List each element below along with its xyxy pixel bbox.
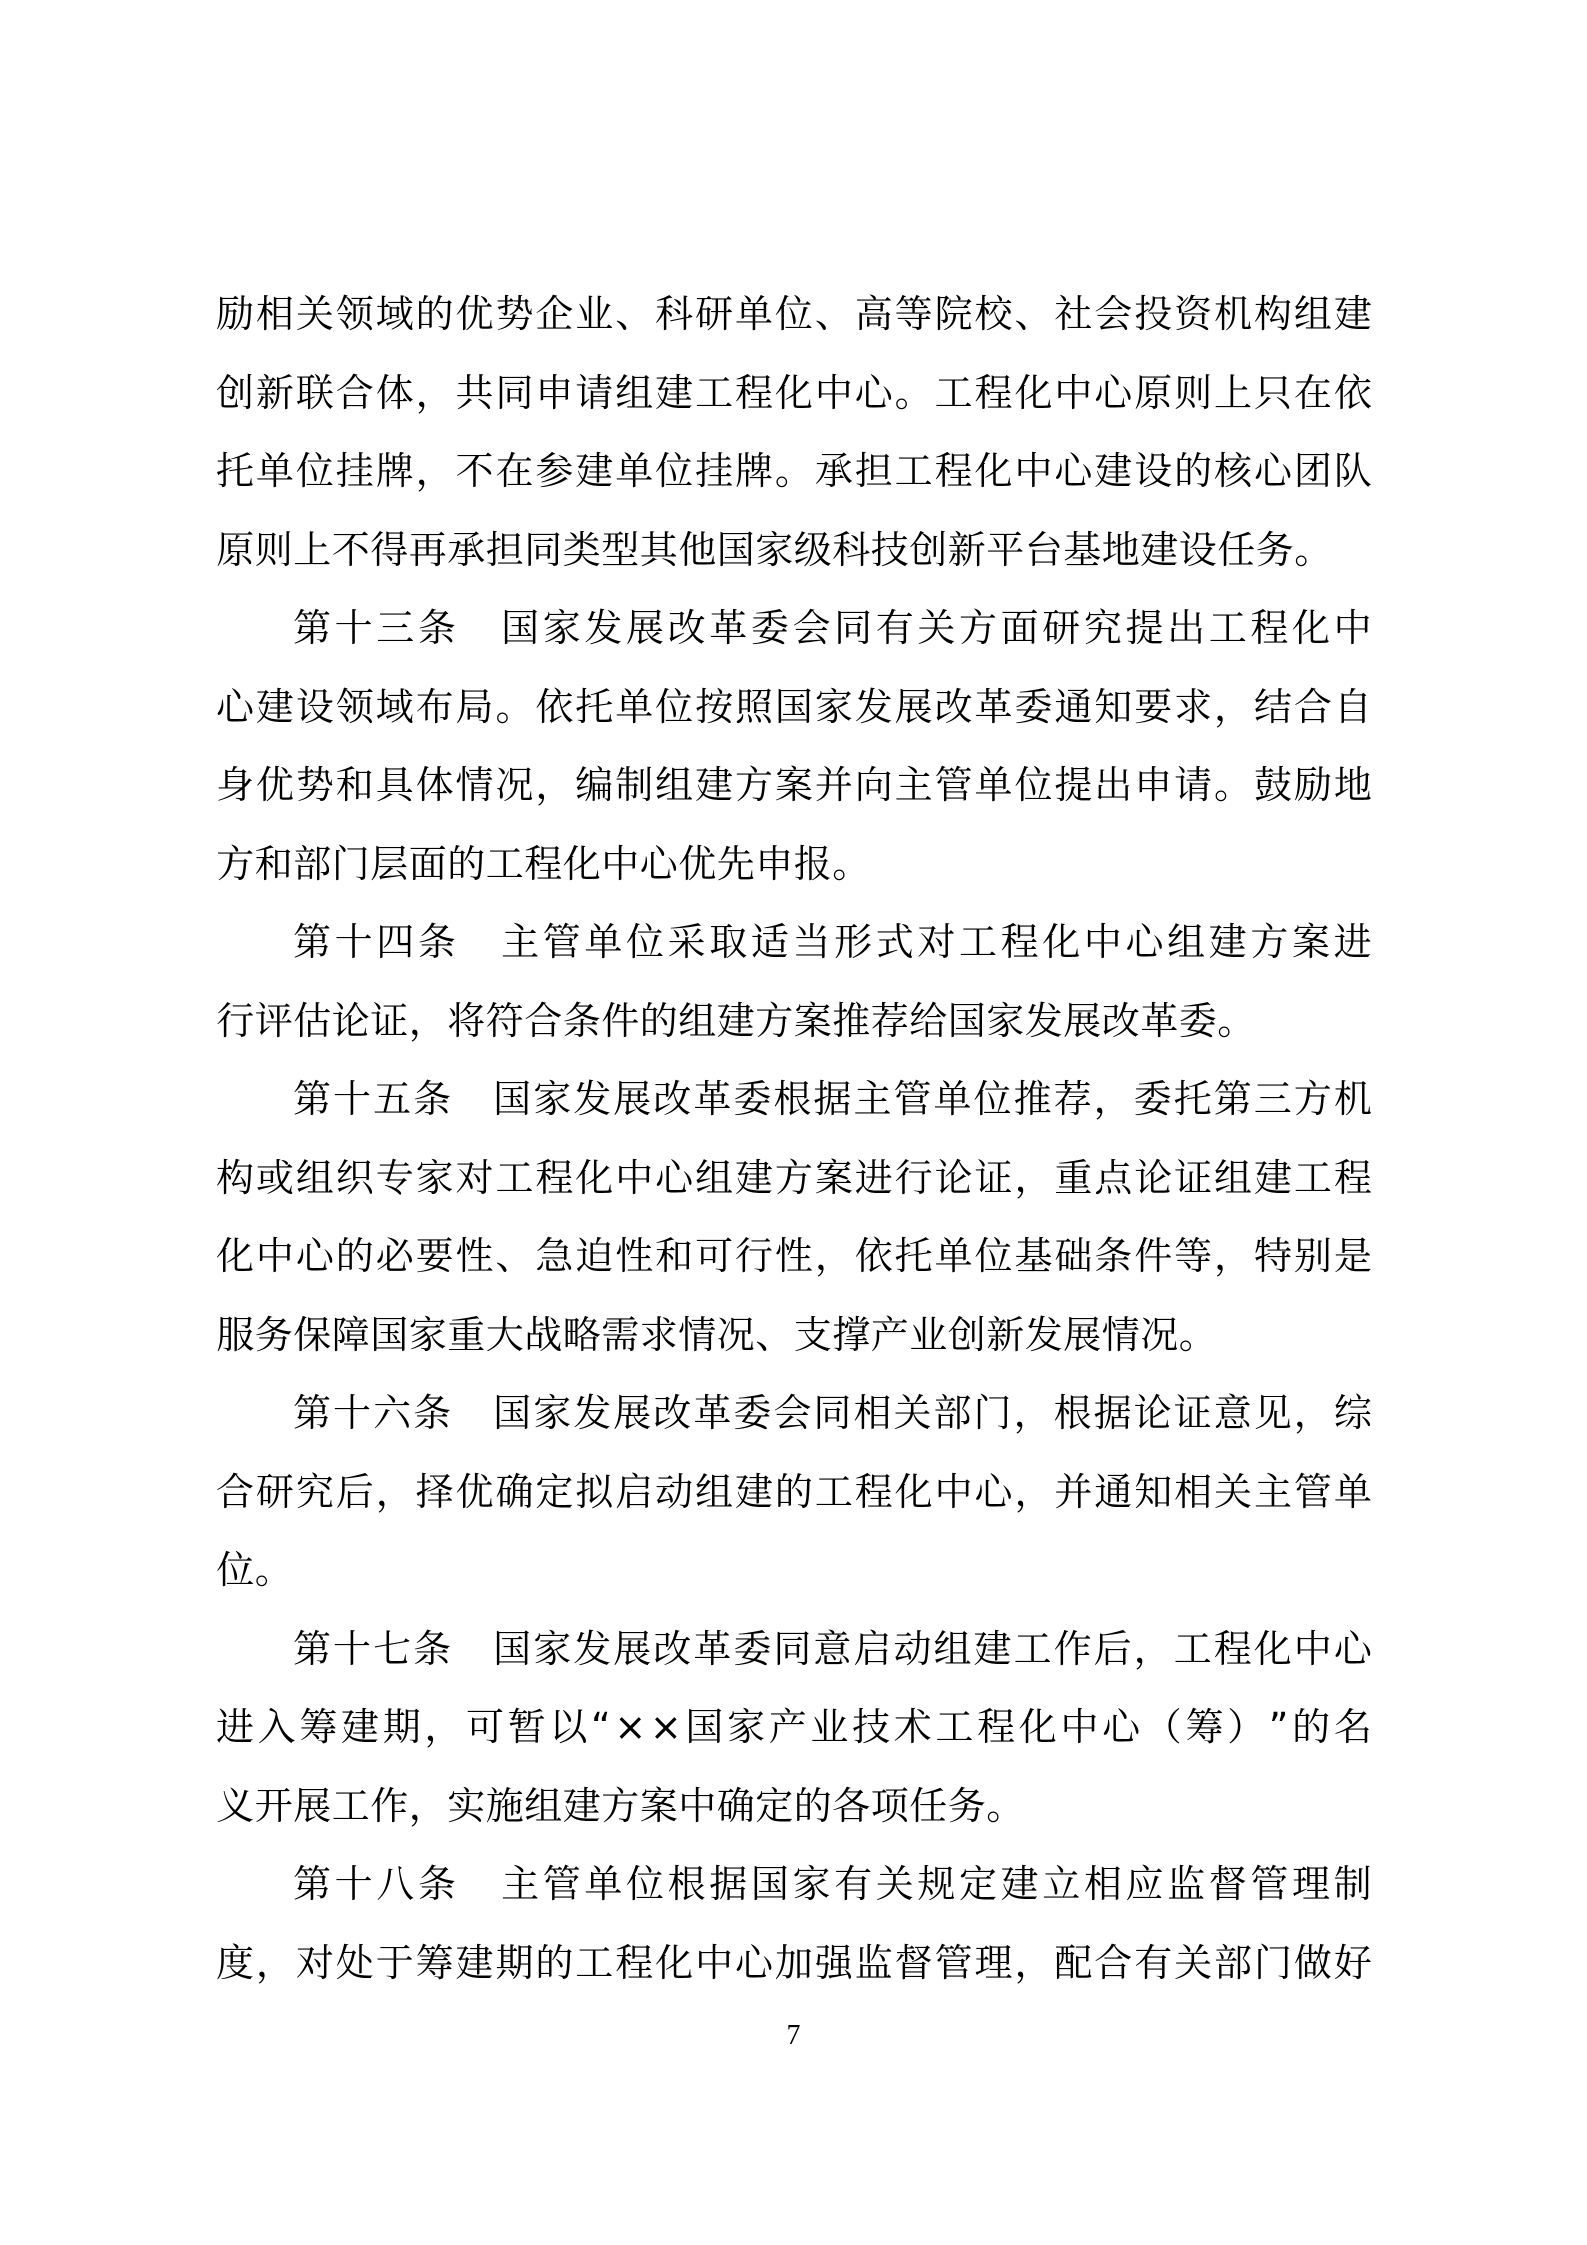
article-paragraph: 第十五条 国家发展改革委根据主管单位推荐，委托第三方机构或组织专家对工程化中心组… (216, 1060, 1372, 1374)
article-paragraph: 第十八条 主管单位根据国家有关规定建立相应监督管理制度，对处于筹建期的工程化中心… (216, 1845, 1372, 2002)
text-line: 第十三条 国家发展改革委会同有关方面研究提出工程化中 (216, 589, 1372, 668)
text-line: 行评估论证，将符合条件的组建方案推荐给国家发展改革委。 (216, 982, 1372, 1061)
text-line: 第十四条 主管单位采取适当形式对工程化中心组建方案进 (216, 903, 1372, 982)
page-number: 7 (0, 2018, 1587, 2054)
text-line: 原则上不得再承担同类型其他国家级科技创新平台基地建设任务。 (216, 511, 1372, 590)
text-line: 第十八条 主管单位根据国家有关规定建立相应监督管理制 (216, 1845, 1372, 1924)
document-page: 励相关领域的优势企业、科研单位、高等院校、社会投资机构组建创新联合体，共同申请组… (0, 0, 1587, 2245)
text-line: 构或组织专家对工程化中心组建方案进行论证，重点论证组建工程 (216, 1139, 1372, 1218)
text-line: 方和部门层面的工程化中心优先申报。 (216, 825, 1372, 904)
text-line: 第十七条 国家发展改革委同意启动组建工作后，工程化中心 (216, 1610, 1372, 1689)
article-paragraph: 第十七条 国家发展改革委同意启动组建工作后，工程化中心进入筹建期，可暂以“××国… (216, 1610, 1372, 1846)
text-line: 合研究后，择优确定拟启动组建的工程化中心，并通知相关主管单 (216, 1453, 1372, 1532)
text-line: 创新联合体，共同申请组建工程化中心。工程化中心原则上只在依 (216, 354, 1372, 433)
text-line: 服务保障国家重大战略需求情况、支撑产业创新发展情况。 (216, 1296, 1372, 1375)
article-paragraph: 第十六条 国家发展改革委会同相关部门，根据论证意见，综合研究后，择优确定拟启动组… (216, 1374, 1372, 1610)
text-line: 义开展工作，实施组建方案中确定的各项任务。 (216, 1767, 1372, 1846)
text-line: 身优势和具体情况，编制组建方案并向主管单位提出申请。鼓励地 (216, 746, 1372, 825)
text-line: 度，对处于筹建期的工程化中心加强监督管理，配合有关部门做好 (216, 1924, 1372, 2003)
text-line: 托单位挂牌，不在参建单位挂牌。承担工程化中心建设的核心团队 (216, 432, 1372, 511)
article-paragraph: 第十四条 主管单位采取适当形式对工程化中心组建方案进行评估论证，将符合条件的组建… (216, 903, 1372, 1060)
text-line: 进入筹建期，可暂以“××国家产业技术工程化中心（筹）”的名 (216, 1688, 1372, 1767)
text-line: 第十六条 国家发展改革委会同相关部门，根据论证意见，综 (216, 1374, 1372, 1453)
text-line: 化中心的必要性、急迫性和可行性，依托单位基础条件等，特别是 (216, 1217, 1372, 1296)
text-line: 位。 (216, 1531, 1372, 1610)
paragraph: 励相关领域的优势企业、科研单位、高等院校、社会投资机构组建创新联合体，共同申请组… (216, 275, 1372, 589)
text-line: 心建设领域布局。依托单位按照国家发展改革委通知要求，结合自 (216, 668, 1372, 747)
article-paragraph: 第十三条 国家发展改革委会同有关方面研究提出工程化中心建设领域布局。依托单位按照… (216, 589, 1372, 903)
text-line: 励相关领域的优势企业、科研单位、高等院校、社会投资机构组建 (216, 275, 1372, 354)
document-body: 励相关领域的优势企业、科研单位、高等院校、社会投资机构组建创新联合体，共同申请组… (216, 275, 1372, 2002)
text-line: 第十五条 国家发展改革委根据主管单位推荐，委托第三方机 (216, 1060, 1372, 1139)
